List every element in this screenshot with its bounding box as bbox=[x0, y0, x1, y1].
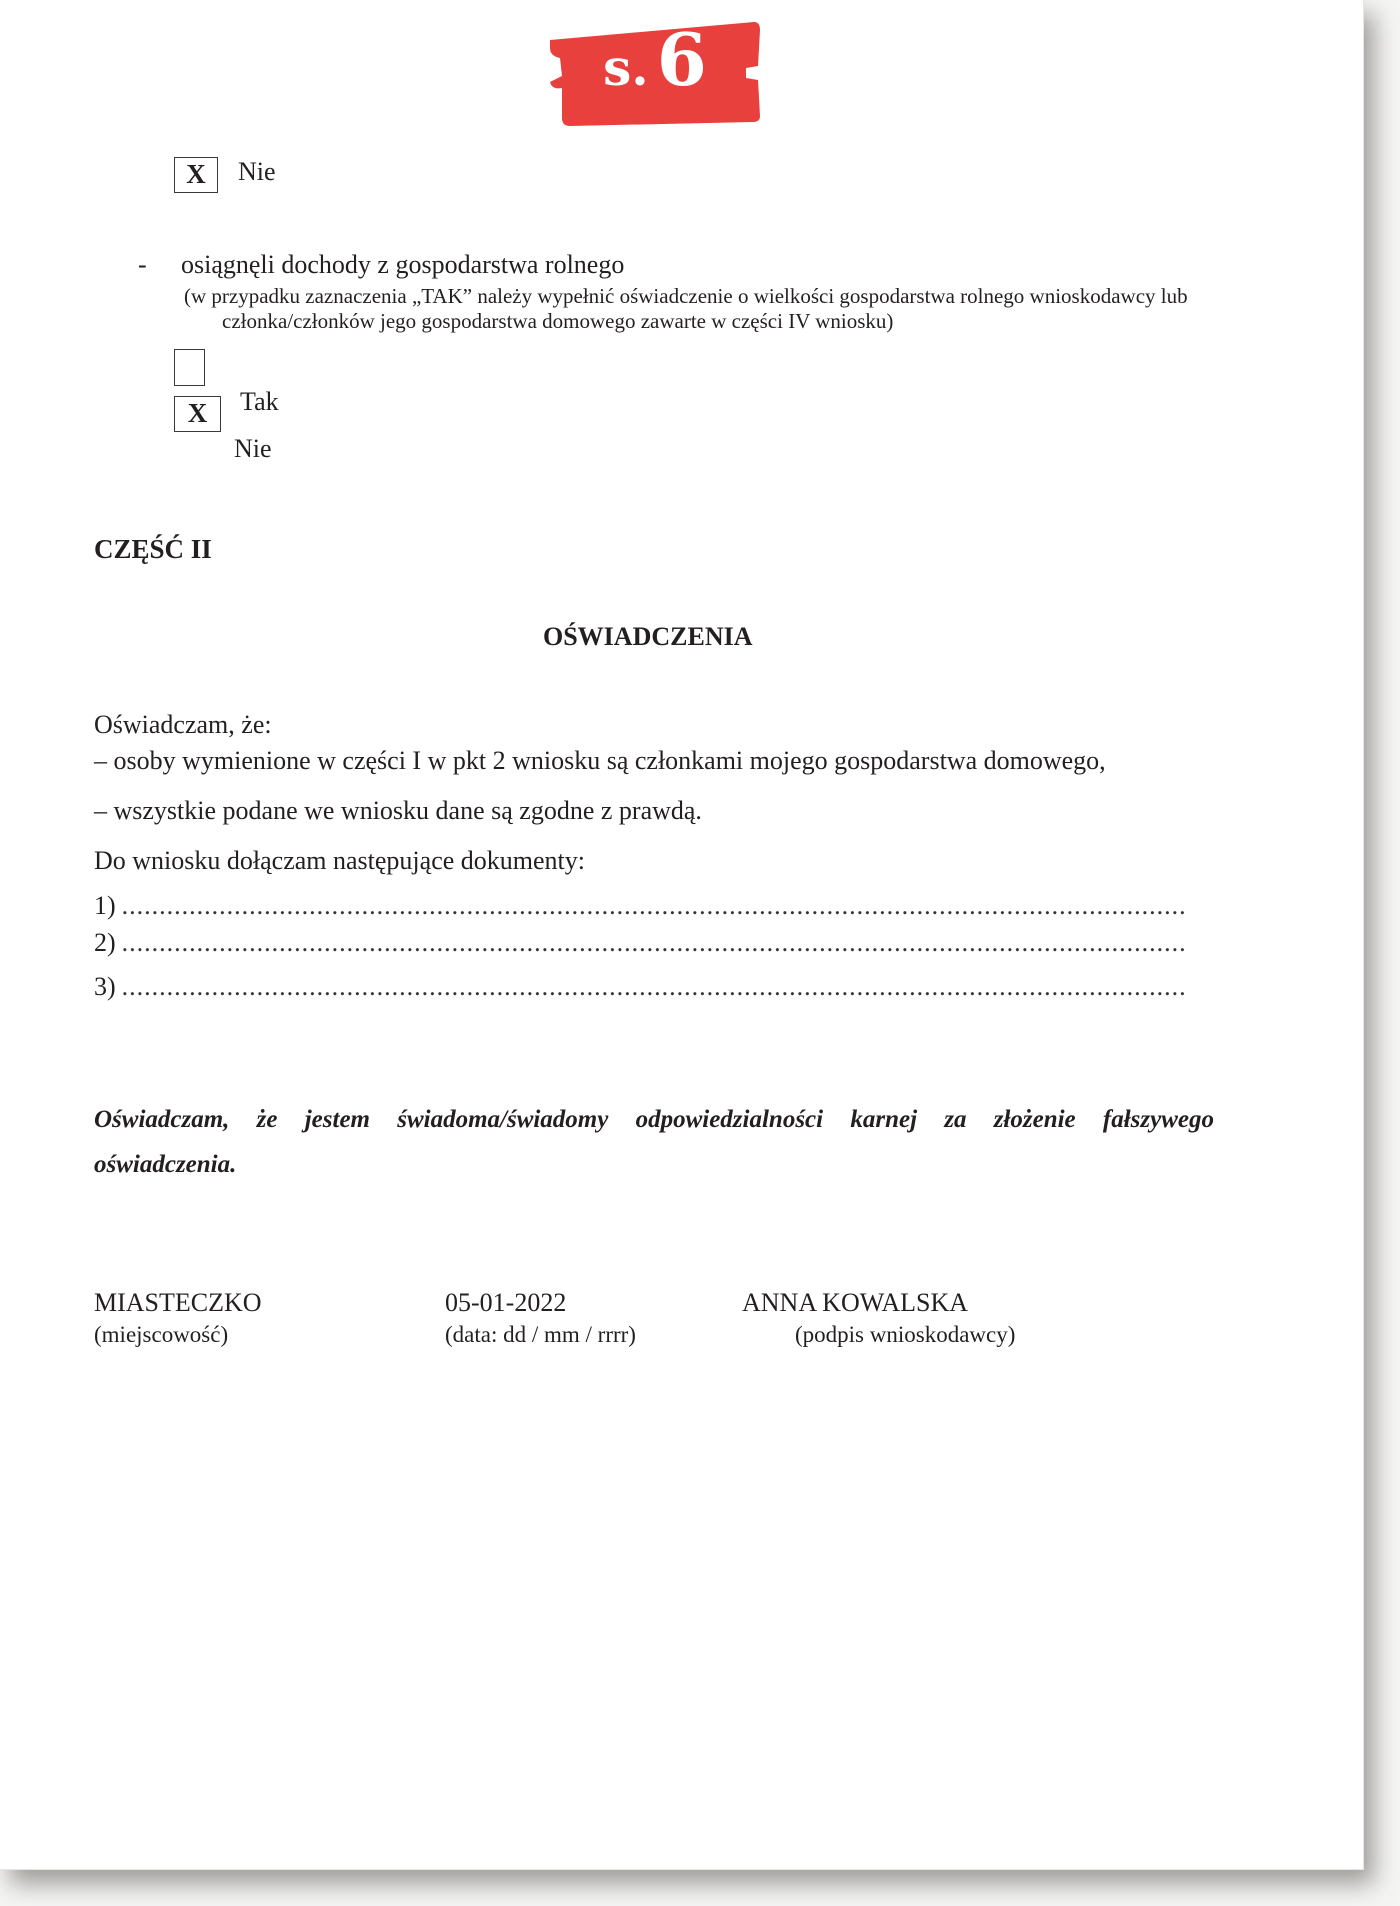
date-caption: (data: dd / mm / rrrr) bbox=[445, 1322, 636, 1348]
attachment-number: 2) bbox=[94, 928, 116, 958]
attachment-line-1[interactable]: 1) .....................................… bbox=[94, 891, 1184, 921]
item-title: osiągnęli dochody z gospodarstwa rolnego bbox=[181, 250, 624, 280]
attachments-label: Do wniosku dołączam następujące dokument… bbox=[94, 846, 585, 876]
date-value: 05-01-2022 bbox=[445, 1288, 566, 1318]
item-bullet: - bbox=[138, 250, 147, 280]
document-page: s.6 X Nie - osiągnęli dochody z gospodar… bbox=[0, 0, 1364, 1870]
attachment-number: 1) bbox=[94, 891, 116, 921]
signer-caption: (podpis wnioskodawcy) bbox=[795, 1322, 1015, 1348]
checkbox-nie-label: Nie bbox=[234, 434, 272, 464]
badge-prefix: s. bbox=[603, 38, 649, 97]
part-title: OŚWIADCZENIA bbox=[543, 622, 753, 652]
liability-statement-line1: Oświadczam, że jestem świadoma/świadomy … bbox=[94, 1106, 1214, 1134]
item-note-line2: członka/członków jego gospodarstwa domow… bbox=[222, 309, 893, 334]
place-caption: (miejscowość) bbox=[94, 1322, 228, 1348]
attachment-number: 3) bbox=[94, 972, 116, 1002]
statements-intro: Oświadczam, że: bbox=[94, 710, 272, 740]
checkbox-nie-previous-label: Nie bbox=[238, 157, 276, 187]
statement-1: – osoby wymienione w części I w pkt 2 wn… bbox=[94, 746, 1106, 776]
page-number-badge: s.6 bbox=[548, 18, 762, 126]
place-value: MIASTECZKO bbox=[94, 1288, 262, 1318]
signer-value: ANNA KOWALSKA bbox=[742, 1288, 968, 1318]
attachment-line-3[interactable]: 3) .....................................… bbox=[94, 972, 1184, 1002]
attachment-field[interactable]: ........................................… bbox=[122, 928, 1184, 958]
item-note-line1: (w przypadku zaznaczenia „TAK” należy wy… bbox=[184, 284, 1188, 309]
attachment-line-2[interactable]: 2) .....................................… bbox=[94, 928, 1184, 958]
liability-statement-line2: oświadczenia. bbox=[94, 1151, 236, 1179]
checkbox-nie[interactable]: X bbox=[174, 396, 221, 432]
attachment-field[interactable]: ........................................… bbox=[122, 972, 1184, 1002]
attachment-field[interactable]: ........................................… bbox=[122, 891, 1184, 921]
checkbox-tak[interactable] bbox=[174, 349, 205, 386]
checkbox-tak-label: Tak bbox=[240, 387, 279, 417]
statement-2: – wszystkie podane we wniosku dane są zg… bbox=[94, 796, 702, 826]
checkbox-nie-previous[interactable]: X bbox=[174, 157, 218, 193]
part-heading: CZĘŚĆ II bbox=[94, 534, 212, 565]
badge-number: 6 bbox=[657, 17, 707, 102]
